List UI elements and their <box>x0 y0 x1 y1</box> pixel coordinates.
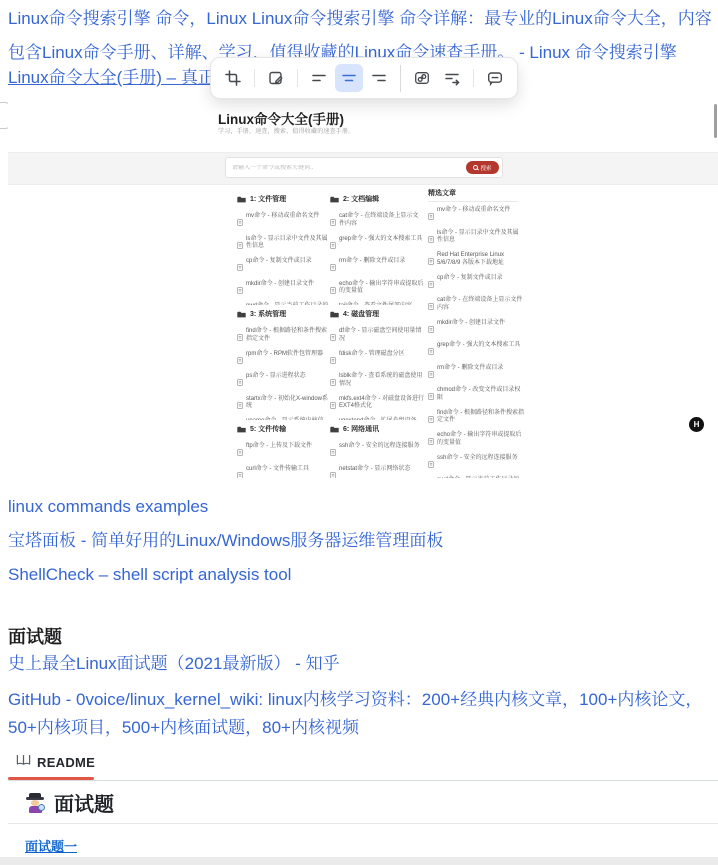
featured-title: 精选文章 <box>428 188 518 202</box>
doc-icon <box>237 213 243 231</box>
command-label: Red Hat Enterprise Linux 5/6/7/8/9 各版本下载… <box>437 252 524 267</box>
command-link[interactable]: netstat命令 - 显示网络状态 <box>330 466 424 479</box>
command-label: curl命令 - 文件传输工具 <box>246 466 309 474</box>
category-title: 1: 文件管理 <box>250 194 286 204</box>
search-icon <box>473 165 478 170</box>
command-label: ssh命令 - 安全的远程连接服务 <box>339 443 420 451</box>
link-card-button[interactable] <box>408 64 436 92</box>
annotate-button[interactable] <box>262 64 290 92</box>
command-label: vgextend命令 - 扩展卷组设备 <box>339 418 417 420</box>
link-card-icon <box>414 70 430 86</box>
command-link[interactable]: find命令 - 根据路径和条件搜索指定文件 <box>237 328 329 346</box>
doc-icon <box>330 396 336 414</box>
doc-icon <box>428 252 434 270</box>
doc-icon <box>330 213 336 231</box>
command-label: ftp命令 - 上传及下载文件 <box>246 443 312 451</box>
category-title: 3: 系统管理 <box>250 309 286 319</box>
readme-heading: 面试题 <box>54 788 114 817</box>
command-label: mv命令 - 移动或重命名文件 <box>246 213 319 221</box>
folder-icon <box>237 190 246 208</box>
command-label: cp命令 - 复制文件或目录 <box>246 258 312 266</box>
doc-icon <box>428 387 434 405</box>
command-link[interactable]: startx命令 - 初始化X-window系统 <box>237 396 329 414</box>
toolbar-divider <box>254 69 255 87</box>
document-link[interactable]: 史上最全Linux面试题（2021最新版） - 知乎 <box>8 647 716 681</box>
command-link[interactable]: rm命令 - 删除文件或目录 <box>428 365 524 383</box>
category-header: 3: 系统管理 <box>237 305 329 323</box>
command-link[interactable]: mv命令 - 移动或重命名文件 <box>237 213 329 231</box>
category-header: 4: 磁盘管理 <box>330 305 424 323</box>
command-link[interactable]: fdisk命令 - 管理磁盘分区 <box>330 351 424 369</box>
command-label: find命令 - 根据路径和条件搜索指定文件 <box>246 328 329 343</box>
command-link[interactable]: cp命令 - 复制文件或目录 <box>428 275 524 293</box>
featured-articles: 精选文章 mv命令 - 移动或重命名文件 ls命令 - 显示目录中文件及其属性信… <box>428 188 524 478</box>
command-link[interactable]: mv命令 - 移动或重命名文件 <box>428 207 524 225</box>
command-link[interactable]: mkdir命令 - 创建目录文件 <box>237 281 329 299</box>
site-search-box[interactable]: 搜索 <box>225 157 503 178</box>
command-link[interactable]: pwd命令 - 显示当前工作目录的路径 <box>237 303 329 305</box>
command-link[interactable]: tail命令 - 查看文件尾部内容 <box>330 303 424 305</box>
category-header: 6: 网络通讯 <box>330 420 424 438</box>
doc-icon <box>330 328 336 346</box>
move-arrow-icon <box>444 70 460 86</box>
category-header: 5: 文件传输 <box>237 420 329 438</box>
command-link[interactable]: echo命令 - 输出字符串或提取后的变量值 <box>330 281 424 299</box>
command-label: mkdir命令 - 创建目录文件 <box>246 281 314 289</box>
align-center-button[interactable] <box>335 64 363 92</box>
crop-button[interactable] <box>219 64 247 92</box>
command-label: uname命令 - 显示系统内核信息 <box>246 418 329 420</box>
readme-tab[interactable]: README <box>16 755 95 772</box>
command-label: mv命令 - 移动或重命名文件 <box>437 207 510 215</box>
toolbar-divider <box>473 69 474 87</box>
command-label: startx命令 - 初始化X-window系统 <box>246 396 329 411</box>
command-link[interactable]: mkdir命令 - 创建目录文件 <box>428 320 524 338</box>
linux-command-site-screenshot[interactable]: Linux命令大全(手册) 学习，手册，速查，搜索，值得收藏的速查手册。 搜索 … <box>8 100 718 478</box>
readme-heading-row: 面试题 <box>25 788 114 817</box>
command-label: mkdir命令 - 创建目录文件 <box>437 320 505 328</box>
command-label: mkfs.ext4命令 - 对磁盘设备进行EXT4格式化 <box>339 396 424 411</box>
tab-border <box>8 780 718 781</box>
align-left-icon <box>311 70 327 86</box>
command-link[interactable]: ls命令 - 显示目录中文件及其属性信息 <box>428 230 524 248</box>
comment-button[interactable] <box>481 64 509 92</box>
category-items: df命令 - 显示磁盘空间使用量情况 fdisk命令 - 管理磁盘分区 lsbl… <box>330 328 424 420</box>
command-label: find命令 - 根据路径和条件搜索指定文件 <box>437 410 524 425</box>
doc-icon <box>237 443 243 461</box>
command-category: 3: 系统管理 find命令 - 根据路径和条件搜索指定文件 rpm命令 - R… <box>237 305 329 420</box>
book-icon <box>16 755 31 772</box>
command-label: cp命令 - 复制文件或目录 <box>437 275 503 283</box>
doc-icon <box>237 258 243 276</box>
doc-icon <box>237 328 243 346</box>
doc-icon <box>237 281 243 299</box>
folder-icon <box>330 190 339 208</box>
command-category: 1: 文件管理 mv命令 - 移动或重命名文件 ls命令 - 显示目录中文件及其… <box>237 190 329 305</box>
command-link[interactable]: rpm命令 - RPM软件包管理器 <box>237 351 329 369</box>
command-label: ls命令 - 显示目录中文件及其属性信息 <box>246 236 329 251</box>
command-label: pwd命令 - 显示当前工作目录的路径 <box>437 477 524 478</box>
command-category: 4: 磁盘管理 df命令 - 显示磁盘空间使用量情况 fdisk命令 - 管理磁… <box>330 305 424 420</box>
command-link[interactable]: ftp命令 - 上传及下载文件 <box>237 443 329 461</box>
document-link[interactable]: GitHub - 0voice/linux_kernel_wiki: linux… <box>8 686 716 742</box>
doc-icon <box>330 351 336 369</box>
command-link[interactable]: grep命令 - 强大的文本搜索工具 <box>330 236 424 254</box>
bottom-strip <box>0 857 718 865</box>
doc-icon <box>428 365 434 383</box>
command-label: echo命令 - 输出字符串或提取后的变量值 <box>339 281 424 296</box>
turn-into-button[interactable] <box>438 64 466 92</box>
commands-column-middle: 2: 文档编辑 cat命令 - 在终端设备上显示文件内容 grep命令 - 强大… <box>330 190 424 478</box>
folder-icon <box>330 420 339 438</box>
document-link[interactable]: ShellCheck – shell script analysis tool <box>8 558 716 592</box>
command-link[interactable]: uname命令 - 显示系统内核信息 <box>237 418 329 420</box>
folder-icon <box>237 305 246 323</box>
heading-border <box>8 823 718 824</box>
site-search-button[interactable]: 搜索 <box>466 161 499 174</box>
command-link[interactable]: pwd命令 - 显示当前工作目录的路径 <box>428 477 524 478</box>
category-items: cat命令 - 在终端设备上显示文件内容 grep命令 - 强大的文本搜索工具 … <box>330 213 424 305</box>
command-label: ps命令 - 显示进程状态 <box>246 373 306 381</box>
command-label: grep命令 - 强大的文本搜索工具 <box>339 236 422 244</box>
floating-h-badge[interactable]: H <box>689 417 704 432</box>
note-edit-icon <box>268 70 284 86</box>
doc-icon <box>237 236 243 254</box>
doc-icon <box>428 342 434 360</box>
command-link[interactable]: cp命令 - 复制文件或目录 <box>237 258 329 276</box>
command-link[interactable]: vgextend命令 - 扩展卷组设备 <box>330 418 424 420</box>
search-button-label: 搜索 <box>480 164 491 172</box>
command-label: fdisk命令 - 管理磁盘分区 <box>339 351 405 359</box>
command-link[interactable]: ssh命令 - 安全的远程连接服务 <box>330 443 424 461</box>
command-link[interactable]: curl命令 - 文件传输工具 <box>237 466 329 479</box>
featured-list: mv命令 - 移动或重命名文件 ls命令 - 显示目录中文件及其属性信息 Red… <box>428 207 524 478</box>
command-label: grep命令 - 强大的文本搜索工具 <box>437 342 520 350</box>
command-label: netstat命令 - 显示网络状态 <box>339 466 410 474</box>
command-label: rm命令 - 删除文件或目录 <box>339 258 405 266</box>
command-link[interactable]: grep命令 - 强大的文本搜索工具 <box>428 342 524 360</box>
doc-icon <box>428 320 434 338</box>
doc-icon <box>428 432 434 450</box>
image-toolbar <box>210 57 518 99</box>
doc-icon <box>330 466 336 479</box>
site-title: Linux命令大全(手册) <box>218 108 344 128</box>
site-subtitle: 学习，手册，速查，搜索，值得收藏的速查手册。 <box>218 126 354 135</box>
readme-tab-label: README <box>37 755 95 770</box>
interview-q1-link[interactable]: 面试题一 <box>25 836 77 855</box>
command-link[interactable]: ps命令 - 显示进程状态 <box>237 373 329 391</box>
doc-icon <box>330 373 336 391</box>
doc-icon <box>428 477 434 478</box>
toolbar-divider <box>400 65 401 92</box>
commands-column-left: 1: 文件管理 mv命令 - 移动或重命名文件 ls命令 - 显示目录中文件及其… <box>237 190 329 478</box>
doc-icon <box>330 281 336 299</box>
command-link[interactable]: rm命令 - 删除文件或目录 <box>330 258 424 276</box>
comment-icon <box>487 70 503 86</box>
command-category: 6: 网络通讯 ssh命令 - 安全的远程连接服务 netstat命令 - 显示… <box>330 420 424 478</box>
command-label: df命令 - 显示磁盘空间使用量情况 <box>339 328 424 343</box>
screenshot-scrollbar[interactable] <box>714 104 717 138</box>
detective-emoji-icon <box>25 793 45 813</box>
command-label: rpm命令 - RPM软件包管理器 <box>246 351 323 359</box>
command-link[interactable]: cat命令 - 在终端设备上显示文件内容 <box>428 297 524 315</box>
category-title: 6: 网络通讯 <box>343 424 379 434</box>
command-label: echo命令 - 输出字符串或提取后的变量值 <box>437 432 524 447</box>
doc-icon <box>428 207 434 225</box>
command-label: chmod命令 - 改变文件或目录权限 <box>437 387 524 402</box>
category-title: 4: 磁盘管理 <box>343 309 379 319</box>
doc-icon <box>428 410 434 428</box>
category-items: ssh命令 - 安全的远程连接服务 netstat命令 - 显示网络状态 dhc… <box>330 443 424 478</box>
site-search-input[interactable] <box>226 165 466 171</box>
toolbar-divider <box>297 69 298 87</box>
github-readme-embed[interactable]: README 面试题 面试题一 <box>8 755 718 858</box>
command-link[interactable]: echo命令 - 输出字符串或提取后的变量值 <box>428 432 524 450</box>
doc-icon <box>428 297 434 315</box>
doc-icon <box>330 443 336 461</box>
command-label: pwd命令 - 显示当前工作目录的路径 <box>246 303 329 305</box>
align-center-icon <box>341 70 357 86</box>
doc-icon <box>428 455 434 473</box>
doc-icon <box>428 275 434 293</box>
command-link[interactable]: find命令 - 根据路径和条件搜索指定文件 <box>428 410 524 428</box>
doc-icon <box>237 396 243 414</box>
command-link[interactable]: ssh命令 - 安全的远程连接服务 <box>428 455 524 473</box>
interview-links: 史上最全Linux面试题（2021最新版） - 知乎 GitHub - 0voi… <box>8 647 716 742</box>
command-link[interactable]: cat命令 - 在终端设备上显示文件内容 <box>330 213 424 231</box>
linux-command-manual-link[interactable]: Linux命令大全(手册) – 真正 <box>8 61 215 95</box>
doc-icon <box>237 373 243 391</box>
doc-icon <box>330 258 336 276</box>
command-link[interactable]: mkfs.ext4命令 - 对磁盘设备进行EXT4格式化 <box>330 396 424 414</box>
command-label: lsblk命令 - 查看系统的磁盘使用情况 <box>339 373 424 388</box>
command-link[interactable]: df命令 - 显示磁盘空间使用量情况 <box>330 328 424 346</box>
command-label: rm命令 - 删除文件或目录 <box>437 365 503 373</box>
folder-icon <box>237 420 246 438</box>
command-label: ls命令 - 显示目录中文件及其属性信息 <box>437 230 524 245</box>
command-label: tail命令 - 查看文件尾部内容 <box>339 303 412 305</box>
document-link[interactable]: 宝塔面板 - 简单好用的Linux/Windows服务器运维管理面板 <box>8 524 716 558</box>
category-items: mv命令 - 移动或重命名文件 ls命令 - 显示目录中文件及其属性信息 cp命… <box>237 213 329 305</box>
command-link[interactable]: ls命令 - 显示目录中文件及其属性信息 <box>237 236 329 254</box>
command-label: cat命令 - 在终端设备上显示文件内容 <box>437 297 524 312</box>
category-title: 2: 文档编辑 <box>343 194 379 204</box>
align-right-button[interactable] <box>365 64 393 92</box>
command-label: cat命令 - 在终端设备上显示文件内容 <box>339 213 424 228</box>
category-items: ftp命令 - 上传及下载文件 curl命令 - 文件传输工具 fsck命令 -… <box>237 443 329 478</box>
doc-icon <box>330 236 336 254</box>
command-category: 2: 文档编辑 cat命令 - 在终端设备上显示文件内容 grep命令 - 强大… <box>330 190 424 305</box>
doc-icon <box>428 230 434 248</box>
category-items: find命令 - 根据路径和条件搜索指定文件 rpm命令 - RPM软件包管理器… <box>237 328 329 420</box>
align-left-button[interactable] <box>305 64 333 92</box>
align-right-icon <box>371 70 387 86</box>
command-link[interactable]: chmod命令 - 改变文件或目录权限 <box>428 387 524 405</box>
category-header: 2: 文档编辑 <box>330 190 424 208</box>
command-link[interactable]: Red Hat Enterprise Linux 5/6/7/8/9 各版本下载… <box>428 252 524 270</box>
folder-icon <box>330 305 339 323</box>
category-header: 1: 文件管理 <box>237 190 329 208</box>
command-category: 5: 文件传输 ftp命令 - 上传及下载文件 curl命令 - 文件传输工具 … <box>237 420 329 478</box>
crop-icon <box>225 70 241 86</box>
category-title: 5: 文件传输 <box>250 424 286 434</box>
doc-icon <box>237 466 243 479</box>
top-links: linux commands examples 宝塔面板 - 简单好用的Linu… <box>8 490 716 592</box>
document-link[interactable]: linux commands examples <box>8 490 716 524</box>
command-label: ssh命令 - 安全的远程连接服务 <box>437 455 518 463</box>
doc-icon <box>237 351 243 369</box>
command-link[interactable]: lsblk命令 - 查看系统的磁盘使用情况 <box>330 373 424 391</box>
